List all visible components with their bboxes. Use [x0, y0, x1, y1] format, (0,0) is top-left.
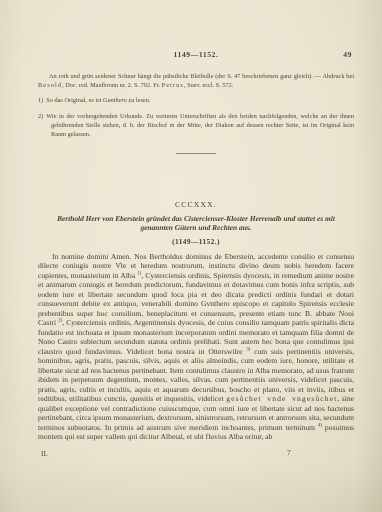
scanned-book-page: 1149—1152. 49 An roth und grün seidener … [0, 0, 382, 512]
footnote-1: 1)So das Original, es ist Gunthero zu le… [38, 96, 354, 105]
volume-signature: II. [41, 449, 48, 458]
printer-signature-row: II. 7 [38, 449, 354, 459]
running-head: 1149—1152. 49 [38, 50, 354, 61]
footnotes-block: 1)So das Original, es ist Gunthero zu le… [38, 96, 354, 138]
running-head-date-range: 1149—1152. [38, 50, 354, 59]
footnote-2-marker: 2) [38, 113, 46, 120]
sheet-signature: 7 [287, 448, 291, 457]
footnote-2-text: Wie in der vorhergehenden Urkunde. Zu we… [46, 113, 354, 138]
charter-date: (1149—1152.) [38, 237, 354, 246]
page-number: 49 [343, 50, 352, 59]
charter-number: CCCXXX. [38, 200, 354, 209]
charter-summary: Berthold Herr von Eberstein gründet das … [45, 214, 347, 233]
charter-body-text: In nomine domini Amen. Nos Bertholdus do… [38, 252, 354, 442]
footnote-1-marker: 1) [38, 97, 46, 104]
section-divider-rule [176, 153, 216, 154]
footnote-2: 2)Wie in der vorhergehenden Urkunde. Zu … [38, 112, 354, 139]
provenance-note: An roth und grün seidener Schnur hängt d… [38, 72, 354, 90]
footnote-1-text: So das Original, es ist Gunthero zu lese… [46, 97, 150, 104]
